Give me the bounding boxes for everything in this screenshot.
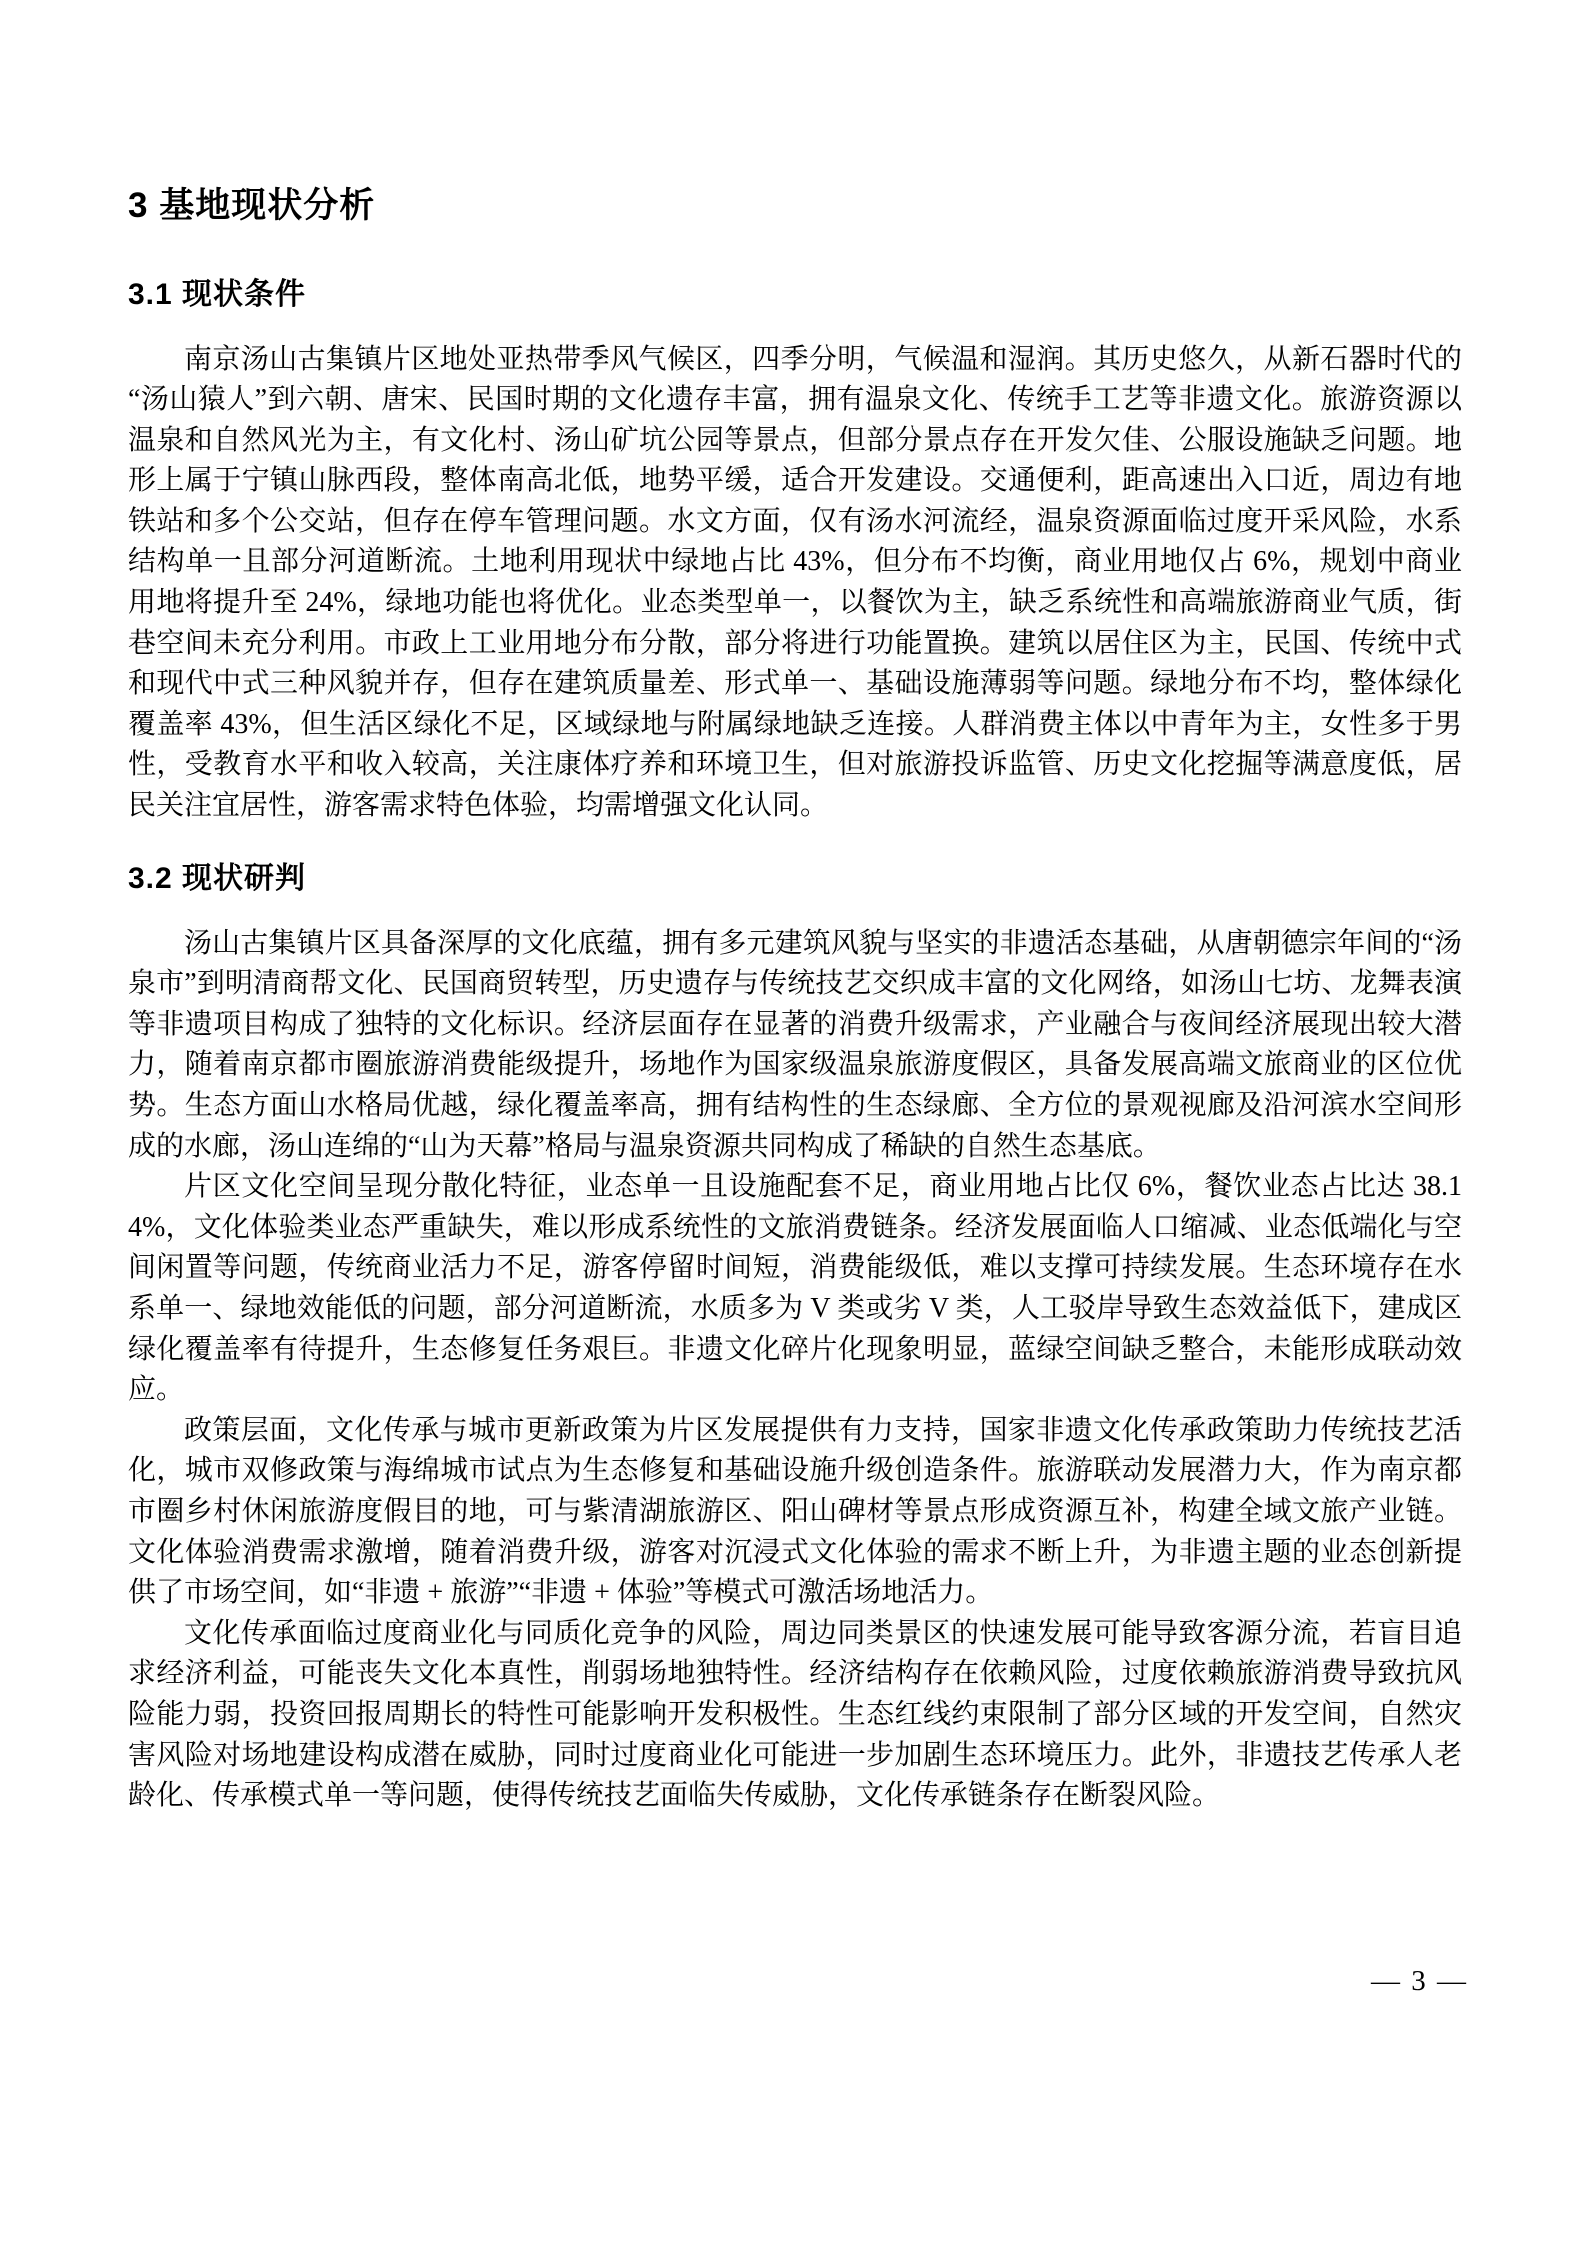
section-current-conditions: 3.1 现状条件 南京汤山古集镇片区地处亚热带季风气候区，四季分明，气候温和湿润…: [128, 275, 1462, 827]
page-number: — 3 —: [1371, 1965, 1468, 1998]
section-3-2-heading: 3.2 现状研判: [128, 859, 1462, 898]
document-page: 3 基地现状分析 3.1 现状条件 南京汤山古集镇片区地处亚热带季风气候区，四季…: [0, 0, 1586, 2245]
paragraph: 政策层面，文化传承与城市更新政策为片区发展提供有力支持，国家非遗文化传承政策助力…: [128, 1411, 1462, 1614]
paragraph: 南京汤山古集镇片区地处亚热带季风气候区，四季分明，气候温和湿润。其历史悠久，从新…: [128, 340, 1462, 827]
paragraph: 汤山古集镇片区具备深厚的文化底蕴，拥有多元建筑风貌与坚实的非遗活态基础，从唐朝德…: [128, 924, 1462, 1168]
section-current-assessment: 3.2 现状研判 汤山古集镇片区具备深厚的文化底蕴，拥有多元建筑风貌与坚实的非遗…: [128, 859, 1462, 1817]
paragraph: 文化传承面临过度商业化与同质化竞争的风险，周边同类景区的快速发展可能导致客源分流…: [128, 1614, 1462, 1817]
section-3-2-body: 汤山古集镇片区具备深厚的文化底蕴，拥有多元建筑风貌与坚实的非遗活态基础，从唐朝德…: [128, 924, 1462, 1817]
paragraph: 片区文化空间呈现分散化特征，业态单一且设施配套不足，商业用地占比仅 6%，餐饮业…: [128, 1167, 1462, 1411]
section-3-1-body: 南京汤山古集镇片区地处亚热带季风气候区，四季分明，气候温和湿润。其历史悠久，从新…: [128, 340, 1462, 827]
chapter-title: 3 基地现状分析: [128, 183, 1462, 229]
section-3-1-heading: 3.1 现状条件: [128, 275, 1462, 314]
